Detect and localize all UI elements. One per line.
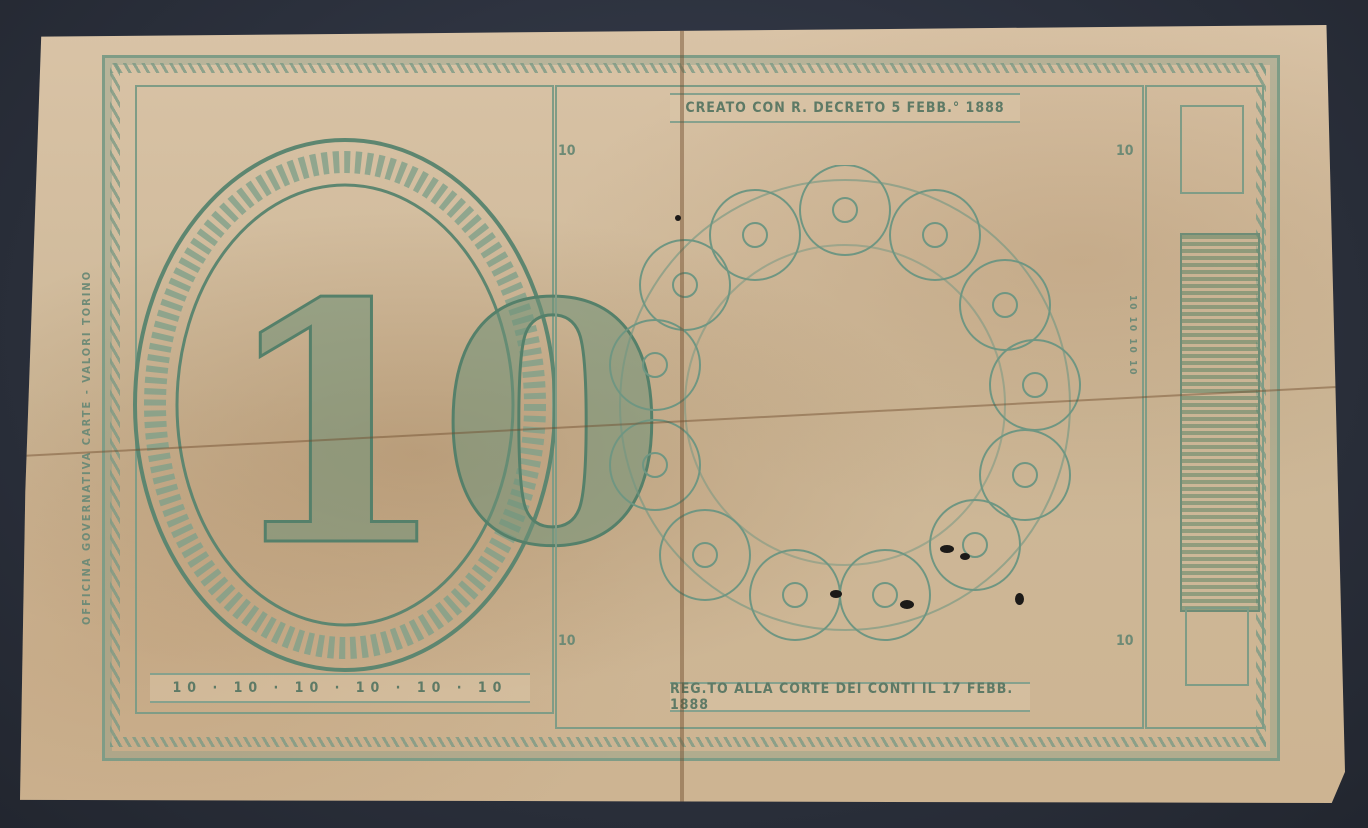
corner-numeral-top-right: 10 <box>1116 143 1134 159</box>
ink-spot <box>675 215 681 221</box>
legal-text-block <box>1180 233 1260 612</box>
rosette-ring-ornament <box>605 165 1085 645</box>
bottom-registration-banner: REG.TO ALLA CORTE DEI CONTI IL 17 FEBB. … <box>670 682 1030 712</box>
corner-numeral-bottom-left: 10 <box>558 633 576 649</box>
banknote: 10 OFFICINA GOVERNATIVA CARTE - VALORI T… <box>20 25 1345 803</box>
ink-spot <box>940 545 954 553</box>
left-rope-border <box>110 63 120 747</box>
ink-spot <box>900 600 914 609</box>
repeating-ten-strip: 10 · 10 · 10 · 10 · 10 · 10 <box>150 673 530 703</box>
side-repeat-strip: 10 10 10 10 <box>1127 295 1138 376</box>
bottom-right-cartouche <box>1185 607 1249 686</box>
corner-numeral-bottom-right: 10 <box>1116 633 1134 649</box>
bottom-rope-border <box>110 737 1266 747</box>
ink-spot <box>1015 593 1024 605</box>
top-right-cartouche <box>1180 105 1244 194</box>
top-decree-banner: CREATO CON R. DECRETO 5 FEBB.° 1888 <box>670 93 1020 123</box>
printer-imprint-text: OFFICINA GOVERNATIVA CARTE - VALORI TORI… <box>80 270 93 625</box>
ink-spot <box>960 553 970 560</box>
ink-spot <box>830 590 842 598</box>
vertical-fold-crease <box>680 25 684 803</box>
corner-numeral-top-left: 10 <box>558 143 576 159</box>
top-rope-border <box>110 63 1266 73</box>
